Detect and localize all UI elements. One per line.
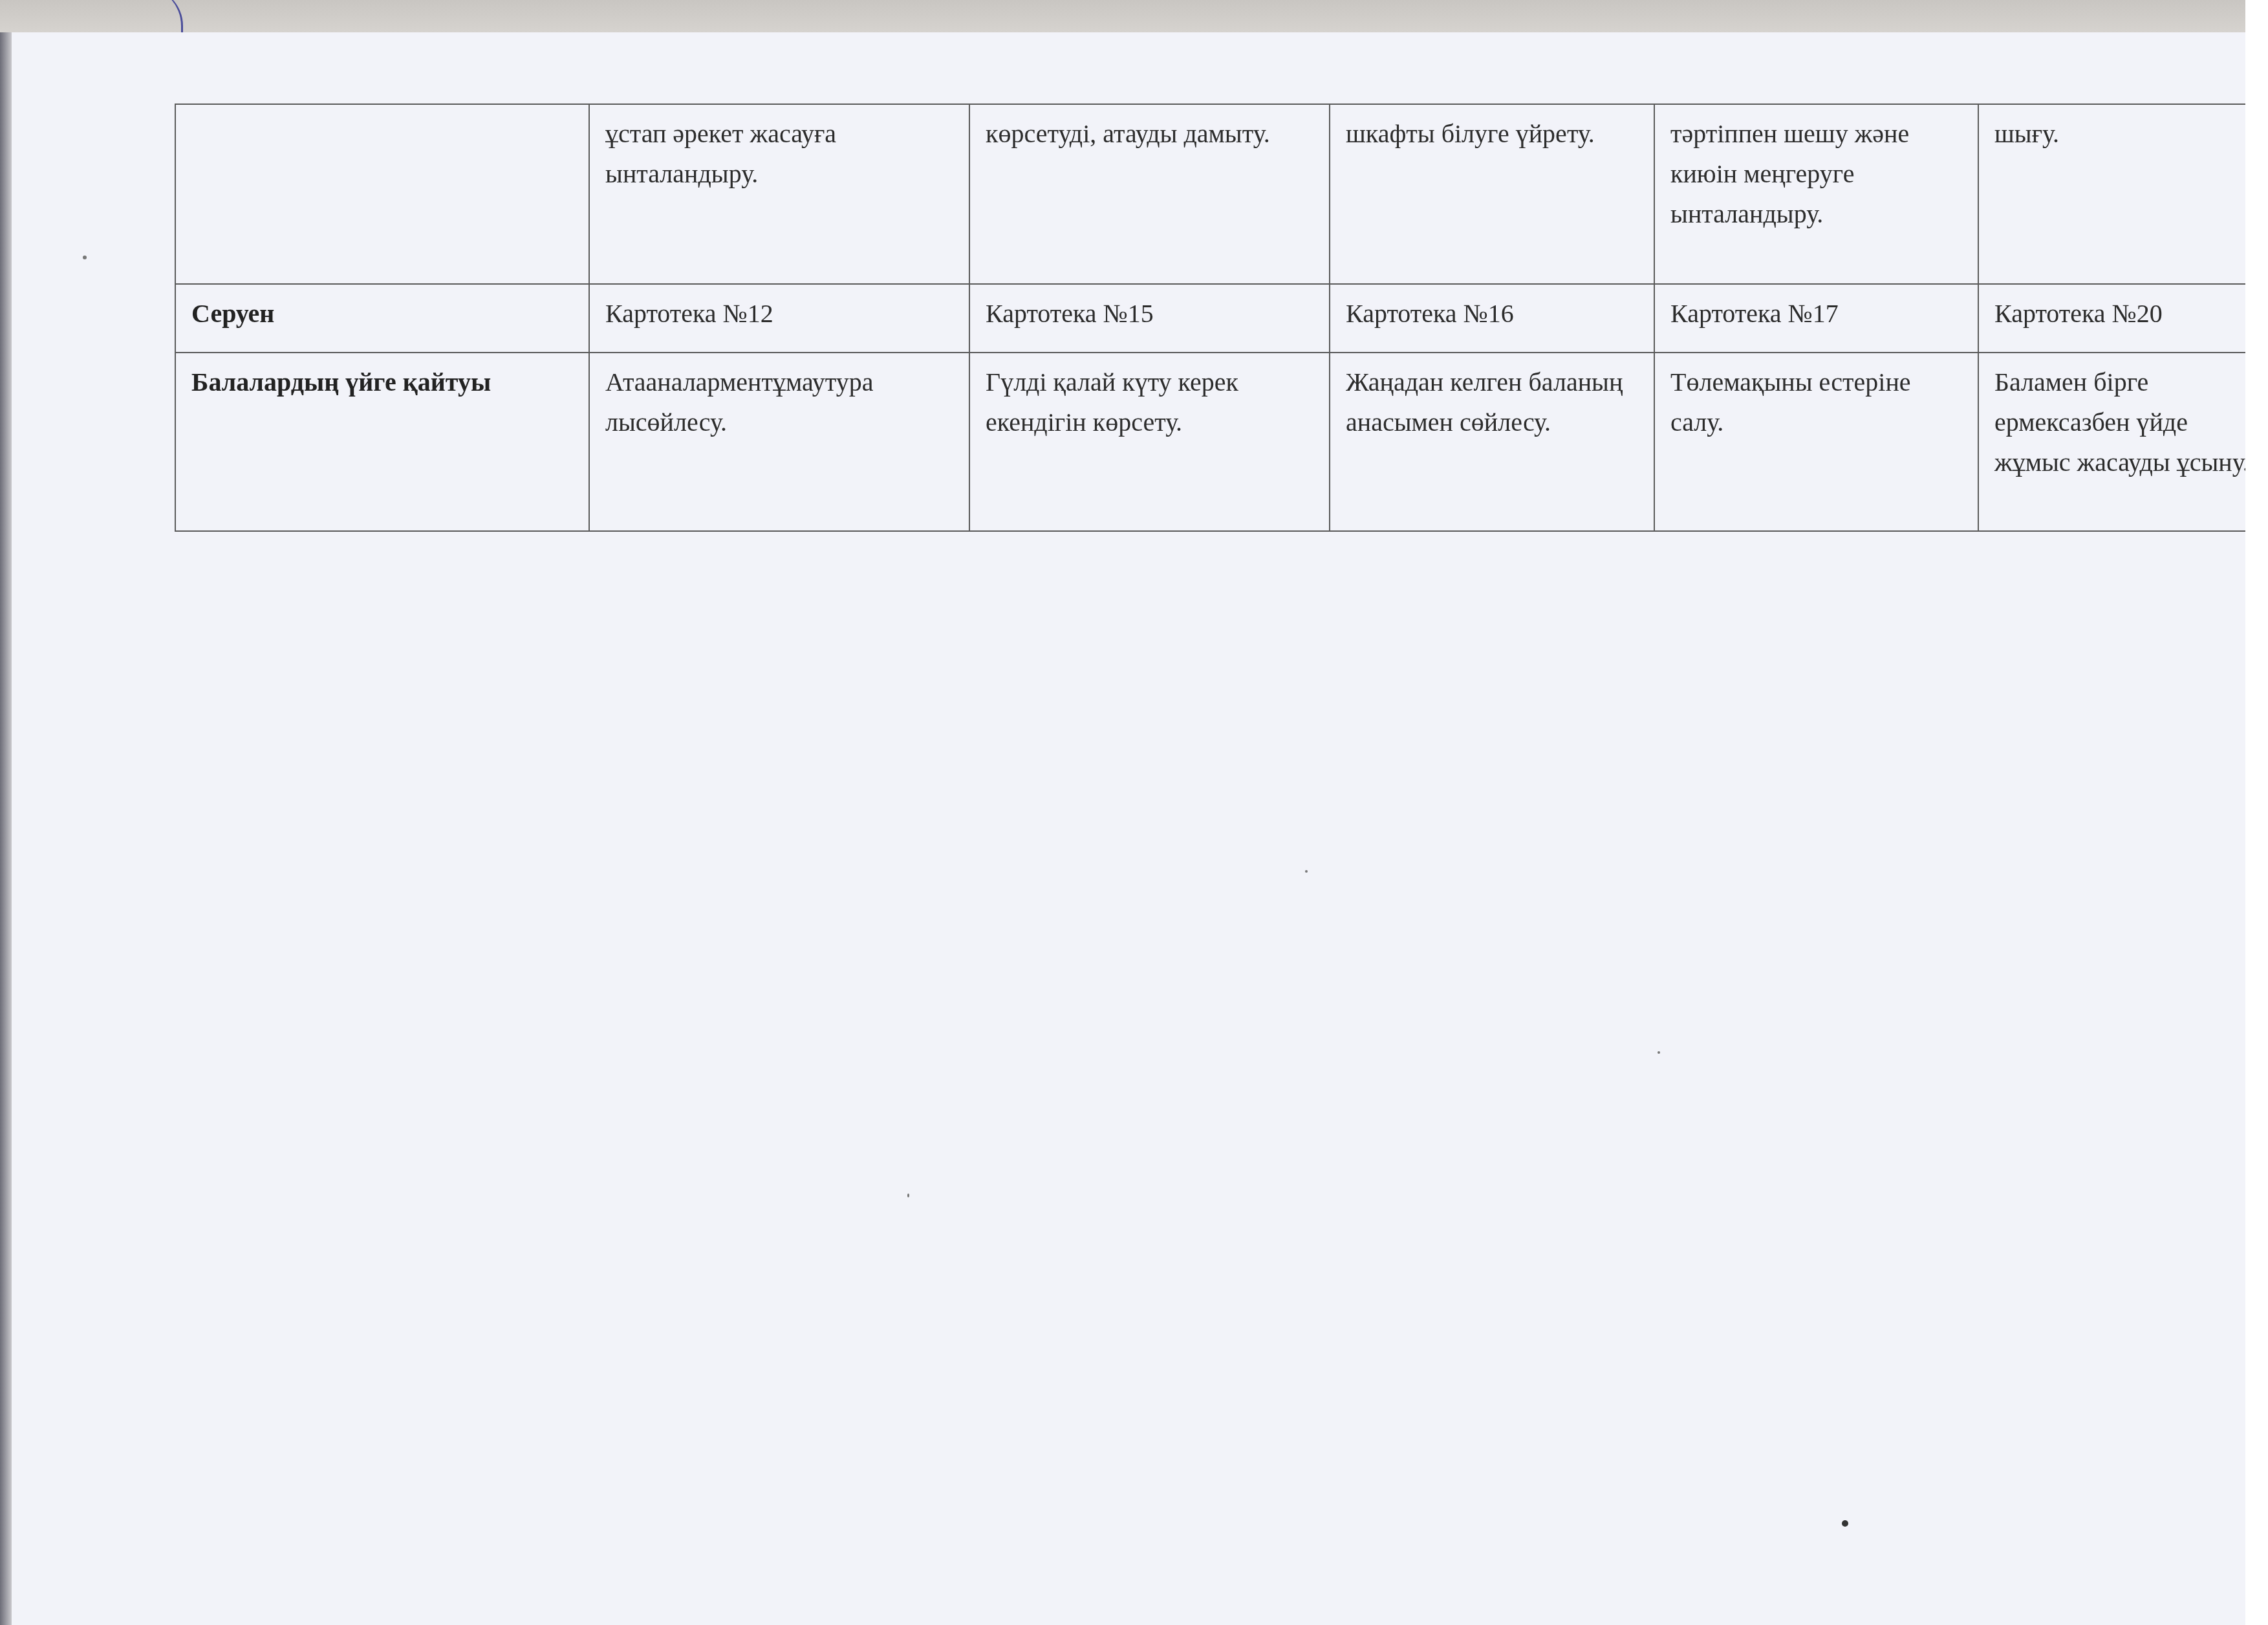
table-row: ұстап әрекет жасауға ынталандыру. көрсет…	[175, 104, 2264, 284]
row-label-walk: Серуен	[175, 284, 589, 353]
table-cell: Төлемақыны естеріне салу.	[1654, 353, 1978, 531]
table-row: Балалардың үйге қайтуы Атааналарментұмау…	[175, 353, 2264, 531]
scanner-left-edge	[0, 32, 12, 1625]
daily-plan-table: ұстап әрекет жасауға ынталандыру. көрсет…	[175, 104, 2264, 532]
table-cell: ұстап әрекет жасауға ынталандыру.	[589, 104, 969, 284]
scan-speck	[83, 256, 87, 259]
table-row: Серуен Картотека №12 Картотека №15 Карто…	[175, 284, 2264, 353]
table-cell: Жаңадан келген баланың анасымен сөйлесу.	[1330, 353, 1654, 531]
table-cell: Гүлді қалай күту керек екендігін көрсету…	[969, 353, 1330, 531]
row-label-going-home: Балалардың үйге қайтуы	[175, 353, 589, 531]
table-cell: Картотека №16	[1330, 284, 1654, 353]
scan-speck	[1842, 1520, 1848, 1527]
table-cell: көрсетуді, атауды дамыту.	[969, 104, 1330, 284]
table-cell: шығу.	[1978, 104, 2264, 284]
table-cell: Атааналарментұмаутура лысөйлесу.	[589, 353, 969, 531]
scan-speck	[1305, 870, 1308, 873]
scan-speck	[907, 1194, 909, 1197]
scanner-right-margin	[2245, 0, 2268, 1625]
table-cell: тәртіппен шешу және киюін меңгеруге ынта…	[1654, 104, 1978, 284]
pen-mark	[129, 0, 183, 36]
scanned-page: ұстап әрекет жасауға ынталандыру. көрсет…	[12, 32, 2245, 1625]
table-cell: Картотека №17	[1654, 284, 1978, 353]
table-cell: Картотека №20	[1978, 284, 2264, 353]
table-cell: шкафты білуге үйрету.	[1330, 104, 1654, 284]
scanner-background-strip	[0, 0, 2268, 32]
table-cell: Баламен бірге ермексазбен үйде жұмыс жас…	[1978, 353, 2264, 531]
table-cell: Картотека №15	[969, 284, 1330, 353]
table-cell: Картотека №12	[589, 284, 969, 353]
row-label	[175, 104, 589, 284]
scan-speck	[1658, 1051, 1660, 1054]
